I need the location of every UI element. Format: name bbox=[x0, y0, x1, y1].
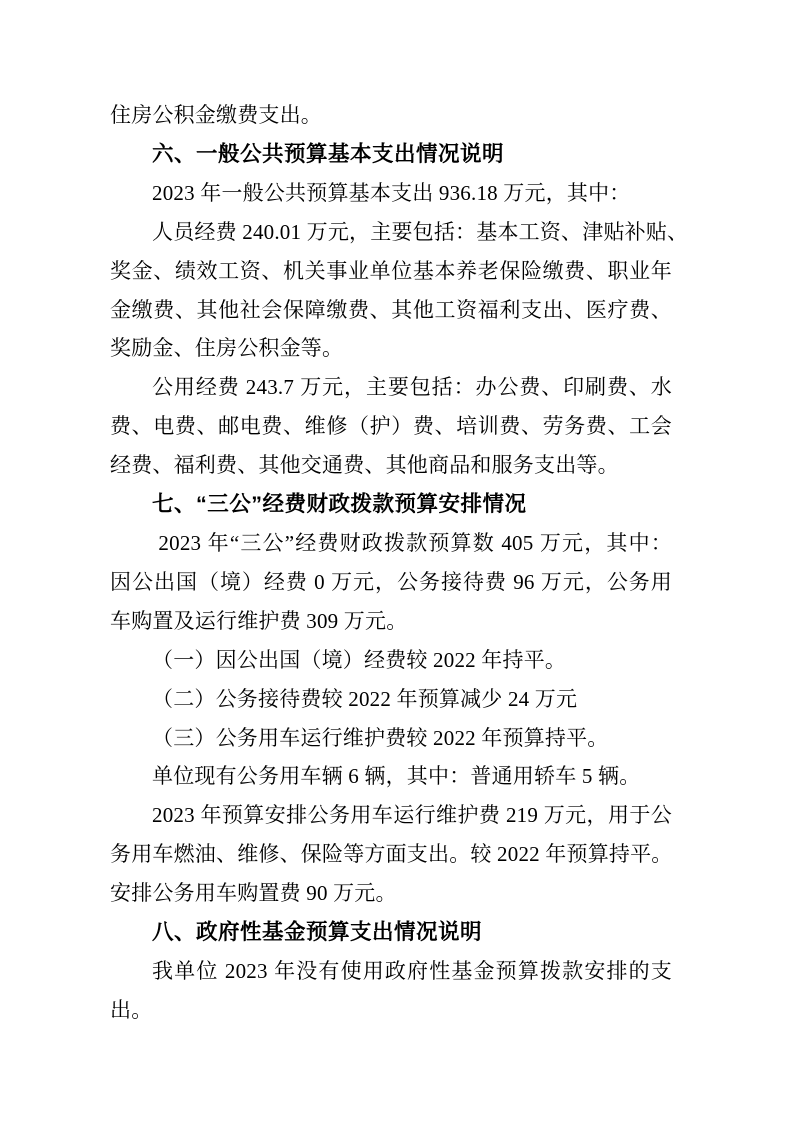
text-line: 经费、福利费、其他交通费、其他商品和服务支出等。 bbox=[110, 446, 672, 485]
text-line: 车购置及运行维护费 309 万元。 bbox=[110, 602, 672, 641]
text-line: 金缴费、其他社会保障缴费、其他工资福利支出、医疗费、 bbox=[110, 291, 672, 330]
text-line: 我单位 2023 年没有使用政府性基金预算拨款安排的支 bbox=[110, 952, 672, 991]
text-line: 奖金、绩效工资、机关事业单位基本养老保险缴费、职业年 bbox=[110, 252, 672, 291]
section-heading: 七、“三公”经费财政拨款预算安排情况 bbox=[110, 485, 672, 524]
document-page: 住房公积金缴费支出。六、一般公共预算基本支出情况说明2023 年一般公共预算基本… bbox=[0, 0, 793, 1122]
section-heading: 八、政府性基金预算支出情况说明 bbox=[110, 913, 672, 952]
text-line: 因公出国（境）经费 0 万元，公务接待费 96 万元，公务用 bbox=[110, 563, 672, 602]
text-line: 人员经费 240.01 万元，主要包括：基本工资、津贴补贴、 bbox=[110, 213, 672, 252]
text-line: 2023 年“三公”经费财政拨款预算数 405 万元，其中： bbox=[110, 524, 672, 563]
text-line: 务用车燃油、维修、保险等方面支出。较 2022 年预算持平。 bbox=[110, 835, 672, 874]
text-line: 2023 年预算安排公务用车运行维护费 219 万元，用于公 bbox=[110, 796, 672, 835]
text-line: 出。 bbox=[110, 991, 672, 1030]
section-heading: 六、一般公共预算基本支出情况说明 bbox=[110, 135, 672, 174]
text-line: 安排公务用车购置费 90 万元。 bbox=[110, 874, 672, 913]
text-line: （三）公务用车运行维护费较 2022 年预算持平。 bbox=[110, 719, 672, 758]
text-line: 2023 年一般公共预算基本支出 936.18 万元，其中： bbox=[110, 174, 672, 213]
text-line: 单位现有公务用车辆 6 辆，其中：普通用轿车 5 辆。 bbox=[110, 757, 672, 796]
text-line: （二）公务接待费较 2022 年预算减少 24 万元 bbox=[110, 680, 672, 719]
text-line: 奖励金、住房公积金等。 bbox=[110, 329, 672, 368]
text-line: 费、电费、邮电费、维修（护）费、培训费、劳务费、工会 bbox=[110, 407, 672, 446]
document-body: 住房公积金缴费支出。六、一般公共预算基本支出情况说明2023 年一般公共预算基本… bbox=[110, 96, 672, 1030]
text-line: 公用经费 243.7 万元，主要包括：办公费、印刷费、水 bbox=[110, 368, 672, 407]
text-line: （一）因公出国（境）经费较 2022 年持平。 bbox=[110, 641, 672, 680]
text-line: 住房公积金缴费支出。 bbox=[110, 96, 672, 135]
